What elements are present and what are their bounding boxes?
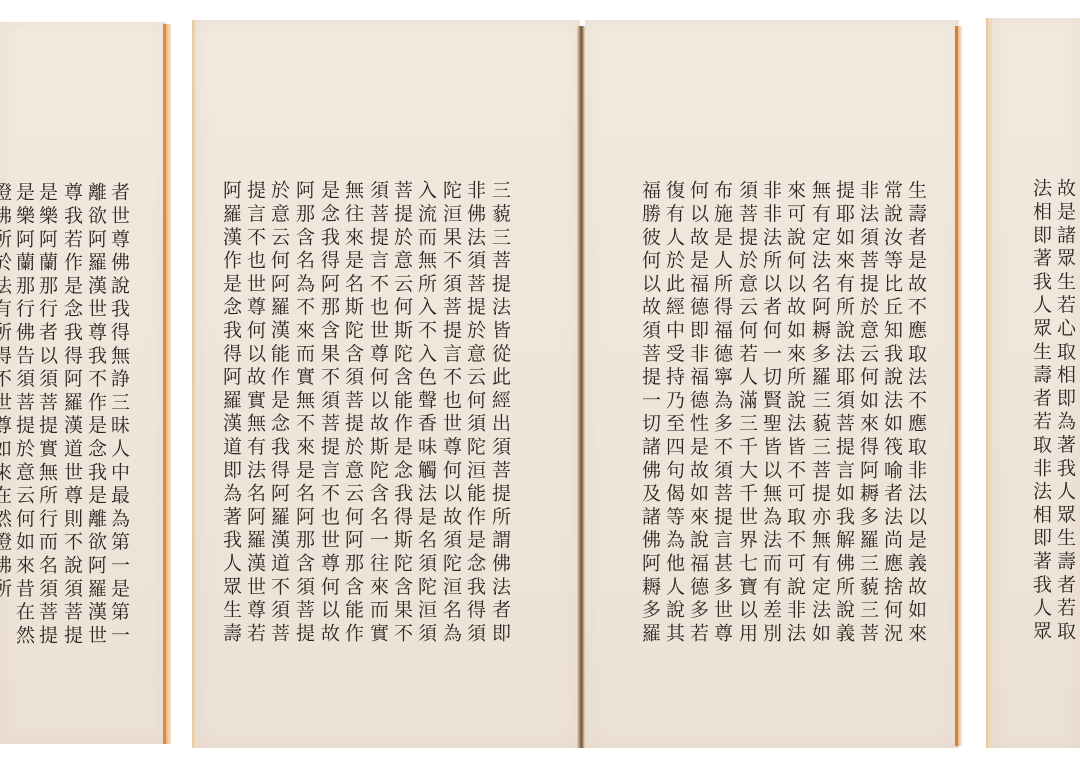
text-column: 非非法所以者何一切賢聖皆以無為法而有差別 xyxy=(760,180,782,646)
text-column: 非法須菩提於意云何如來得阿耨多羅三藐三菩 xyxy=(857,180,879,646)
text-column: 於意云何阿羅漢能作是念我得阿羅漢道不須菩 xyxy=(268,180,290,646)
text-column: 菩提於意云何斯陀含能作是念我得斯陀含果不 xyxy=(391,180,413,646)
page-edge-shadow xyxy=(958,26,962,746)
text-column: 入流而無所入不入色聲香味觸法是名須陀洹須 xyxy=(415,180,437,646)
text-column: 復有人於此經中受持乃至四句偈等為他人說其 xyxy=(663,180,685,646)
text-column: 來可說何以故如來所說法皆不可取不可說非法 xyxy=(784,180,806,646)
text-column: 陀洹果不須菩提言不也世尊何以故須陀洹名為 xyxy=(440,180,462,646)
text-column: 福勝彼何以故須菩提一切諸佛及諸佛阿耨多羅 xyxy=(639,180,661,646)
text-column: 提言不也世尊何以故實無有法名阿羅漢世尊若 xyxy=(244,180,266,646)
manuscript-panel-1: 者世尊佛說我得無諍三昧人中最為第一是第一 離欲阿羅漢世尊我不作是念我是離欲阿羅漢… xyxy=(0,22,166,744)
text-column: 阿那含名為不來而實無不來是名阿那含須菩提 xyxy=(293,180,315,646)
text-column: 無往來是名斯陀含須菩提於意云何阿那含能作 xyxy=(342,180,364,646)
center-gutter xyxy=(577,26,585,748)
text-column: 尊我若作是念我得阿羅漢道世尊則不說須菩提 xyxy=(61,182,83,648)
text-column: 者世尊佛說我得無諍三昧人中最為第一是第一 xyxy=(108,182,130,648)
text-column: 生壽者是故不應取法不應取非法以是義故如來 xyxy=(905,180,927,646)
text-column: 須菩提言不也世尊何以故斯陀含名一往來而實 xyxy=(367,180,389,646)
text-column: 提耶如來有所說法耶須菩提言如我解佛所說義 xyxy=(833,180,855,646)
text-column: 是念我得阿那含果不須菩提言不也世尊何以故 xyxy=(318,180,340,646)
text-column: 阿羅漢作是念我得阿羅漢道即為著我人眾生壽 xyxy=(220,180,242,646)
text-column: 是樂阿蘭那行佛告須菩提於意云何如來昔在然 xyxy=(13,182,35,648)
page-edge-shadow xyxy=(166,24,171,744)
text-column: 三藐三菩提法皆從此經出須菩提所謂佛法者即 xyxy=(489,180,511,646)
text-column: 離欲阿羅漢世尊我不作是念我是離欲阿羅漢世 xyxy=(85,182,107,648)
manuscript-panel-4: 故是諸眾生若心取相即為著我人眾生壽者若取 法相即著我人眾生壽者若取非法相即著我人… xyxy=(992,18,1080,748)
text-column: 法相即著我人眾生壽者若取非法相即著我人眾 xyxy=(1030,178,1052,644)
text-column: 無有定法名阿耨多羅三藐三菩提亦無有定法如 xyxy=(809,180,831,646)
text-column: 燈佛所於法有所得不世尊如來在然燈佛所 xyxy=(0,182,12,601)
text-column: 布施是人所得福德寧為多不須菩提言甚多世尊 xyxy=(711,180,733,646)
text-column: 何以故是福德即非福德性是故如來說福德多若 xyxy=(687,180,709,646)
text-column: 常說汝等比丘知我說法如筏喻者法尚應捨何況 xyxy=(881,180,903,646)
manuscript-panel-2: 三藐三菩提法皆從此經出須菩提所謂佛法者即 非佛法須菩提於意云何須陀洹能作是念我得… xyxy=(196,20,580,748)
text-column: 非佛法須菩提於意云何須陀洹能作是念我得須 xyxy=(464,180,486,646)
manuscript-panel-3: 生壽者是故不應取法不應取非法以是義故如來 常說汝等比丘知我說法如筏喻者法尚應捨何… xyxy=(585,20,959,748)
text-column: 故是諸眾生若心取相即為著我人眾生壽者若取 xyxy=(1054,178,1076,644)
text-column: 須菩提於意云何若人滿三千大千世界七寶以用 xyxy=(736,180,758,646)
text-column: 是樂阿蘭那行者以須菩提實無所行而名須菩提 xyxy=(36,182,58,648)
